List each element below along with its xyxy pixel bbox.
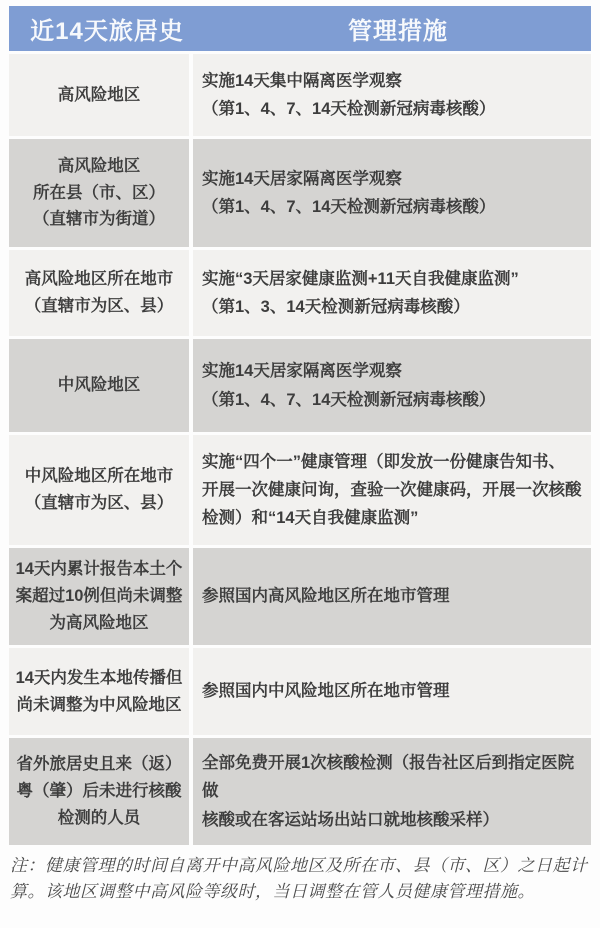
measure-cell: 参照国内中风险地区所在地市管理 (193, 648, 591, 735)
header-col-travel-history: 近14天旅居史 (9, 6, 205, 51)
measure-cell: 实施“四个一”健康管理（即发放一份健康告知书、 开展一次健康问询，查验一次健康码… (193, 435, 591, 545)
history-cell: 高风险地区 (9, 54, 189, 136)
history-cell: 中风险地区所在地市 （直辖市为区、县） (9, 435, 189, 545)
history-cell: 高风险地区所在地市 （直辖市为区、县） (9, 250, 189, 336)
table-row: 高风险地区 实施14天集中隔离医学观察 （第1、4、7、14天检测新冠病毒核酸） (9, 54, 591, 136)
table-header: 近14天旅居史 管理措施 (9, 6, 591, 51)
measure-cell: 全部免费开展1次核酸检测（报告社区后到指定医院做 核酸或在客运站场出站口就地核酸… (193, 738, 591, 845)
measure-cell: 实施14天集中隔离医学观察 （第1、4、7、14天检测新冠病毒核酸） (193, 54, 591, 136)
table-row: 高风险地区所在地市 （直辖市为区、县） 实施“3天居家健康监测+11天自我健康监… (9, 250, 591, 336)
history-cell: 高风险地区 所在县（市、区） （直辖市为街道） (9, 139, 189, 247)
history-cell: 中风险地区 (9, 339, 189, 432)
table-row: 中风险地区 实施14天居家隔离医学观察 （第1、4、7、14天检测新冠病毒核酸） (9, 339, 591, 432)
header-label-travel-history: 近14天旅居史 (30, 11, 184, 46)
header-label-measures: 管理措施 (348, 11, 448, 46)
measure-cell: 参照国内高风险地区所在地市管理 (193, 548, 591, 645)
table-row: 省外旅居史且来（返） 粤（肇）后未进行核酸 检测的人员 全部免费开展1次核酸检测… (9, 738, 591, 845)
measure-cell: 实施14天居家隔离医学观察 （第1、4、7、14天检测新冠病毒核酸） (193, 339, 591, 432)
history-cell: 14天内发生本地传播但 尚未调整为中风险地区 (9, 648, 189, 735)
header-col-measures: 管理措施 (205, 6, 591, 51)
history-cell: 省外旅居史且来（返） 粤（肇）后未进行核酸 检测的人员 (9, 738, 189, 845)
measure-cell: 实施“3天居家健康监测+11天自我健康监测” （第1、3、14天检测新冠病毒核酸… (193, 250, 591, 336)
table-row: 高风险地区 所在县（市、区） （直辖市为街道） 实施14天居家隔离医学观察 （第… (9, 139, 591, 247)
history-cell: 14天内累计报告本土个 案超过10例但尚未调整 为高风险地区 (9, 548, 189, 645)
table-row: 中风险地区所在地市 （直辖市为区、县） 实施“四个一”健康管理（即发放一份健康告… (9, 435, 591, 545)
table-row: 14天内累计报告本土个 案超过10例但尚未调整 为高风险地区 参照国内高风险地区… (9, 548, 591, 645)
measure-cell: 实施14天居家隔离医学观察 （第1、4、7、14天检测新冠病毒核酸） (193, 139, 591, 247)
table-row: 14天内发生本地传播但 尚未调整为中风险地区 参照国内中风险地区所在地市管理 (9, 648, 591, 735)
footnote: 注：健康管理的时间自离开中高风险地区及所在市、县（市、区）之日起计 算。该地区调… (10, 853, 590, 906)
risk-management-table: 近14天旅居史 管理措施 高风险地区 实施14天集中隔离医学观察 （第1、4、7… (0, 0, 600, 906)
